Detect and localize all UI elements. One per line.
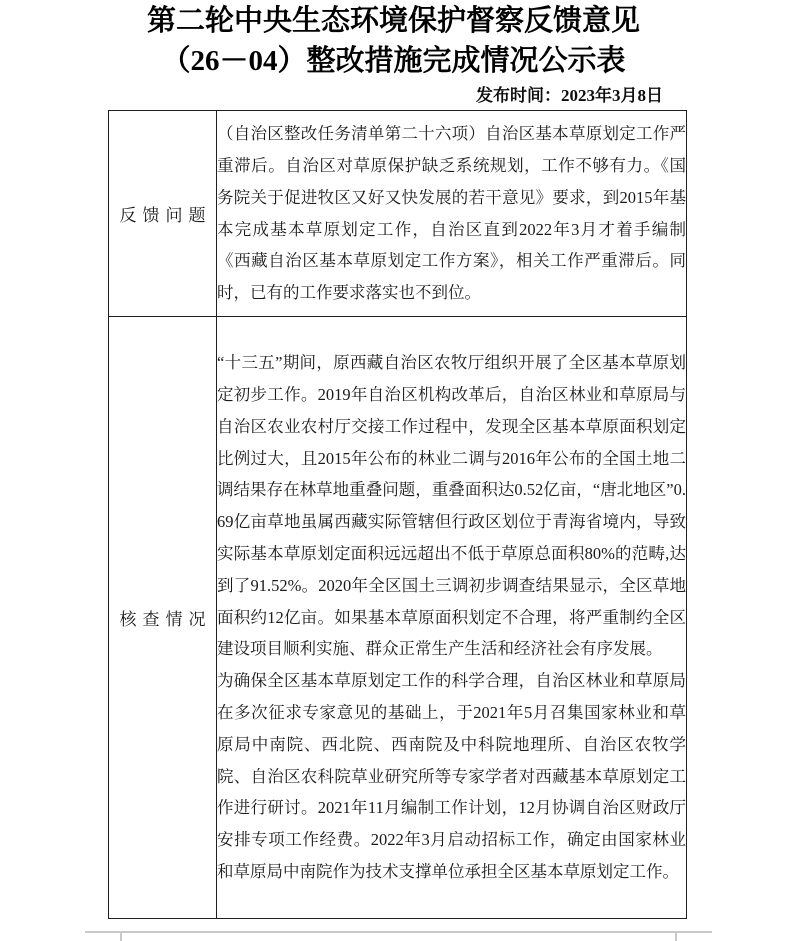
row-label-verification-status: 核查情况 <box>109 317 217 919</box>
next-row-right-border-hint <box>675 931 677 941</box>
publish-date: 发布时间：2023年3月8日 <box>0 84 663 108</box>
paragraph: “十三五”期间，原西藏自治区农牧厅组织开展了全区基本草原划定初步工作。2019年… <box>217 347 686 665</box>
table-row-verification-status: 核查情况 “十三五”期间，原西藏自治区农牧厅组织开展了全区基本草原划定初步工作。… <box>109 317 687 919</box>
notice-page: 第二轮中央生态环境保护督察反馈意见 （26－04）整改措施完成情况公示表 发布时… <box>0 0 787 941</box>
paragraph: （自治区整改任务清单第二十六项）自治区基本草原划定工作严重滞后。自治区对草原保护… <box>217 118 686 309</box>
page-title-line-2: （26－04）整改措施完成情况公示表 <box>161 45 625 77</box>
row-content-verification-status: “十三五”期间，原西藏自治区农牧厅组织开展了全区基本草原划定初步工作。2019年… <box>217 317 687 919</box>
notice-table: 反馈问题 （自治区整改任务清单第二十六项）自治区基本草原划定工作严重滞后。自治区… <box>108 110 687 919</box>
row-content-feedback-problem: （自治区整改任务清单第二十六项）自治区基本草原划定工作严重滞后。自治区对草原保护… <box>217 111 687 317</box>
next-row-top-border-hint <box>85 931 712 933</box>
page-title: 第二轮中央生态环境保护督察反馈意见 （26－04）整改措施完成情况公示表 <box>0 1 787 81</box>
paragraph: 为确保全区基本草原划定工作的科学合理，自治区林业和草原局在多次征求专家意见的基础… <box>217 665 686 888</box>
page-title-line-1: 第二轮中央生态环境保护督察反馈意见 <box>147 5 640 37</box>
table-row-feedback-problem: 反馈问题 （自治区整改任务清单第二十六项）自治区基本草原划定工作严重滞后。自治区… <box>109 111 687 317</box>
row-label-feedback-problem: 反馈问题 <box>109 111 217 317</box>
next-row-left-border-hint <box>120 931 122 941</box>
